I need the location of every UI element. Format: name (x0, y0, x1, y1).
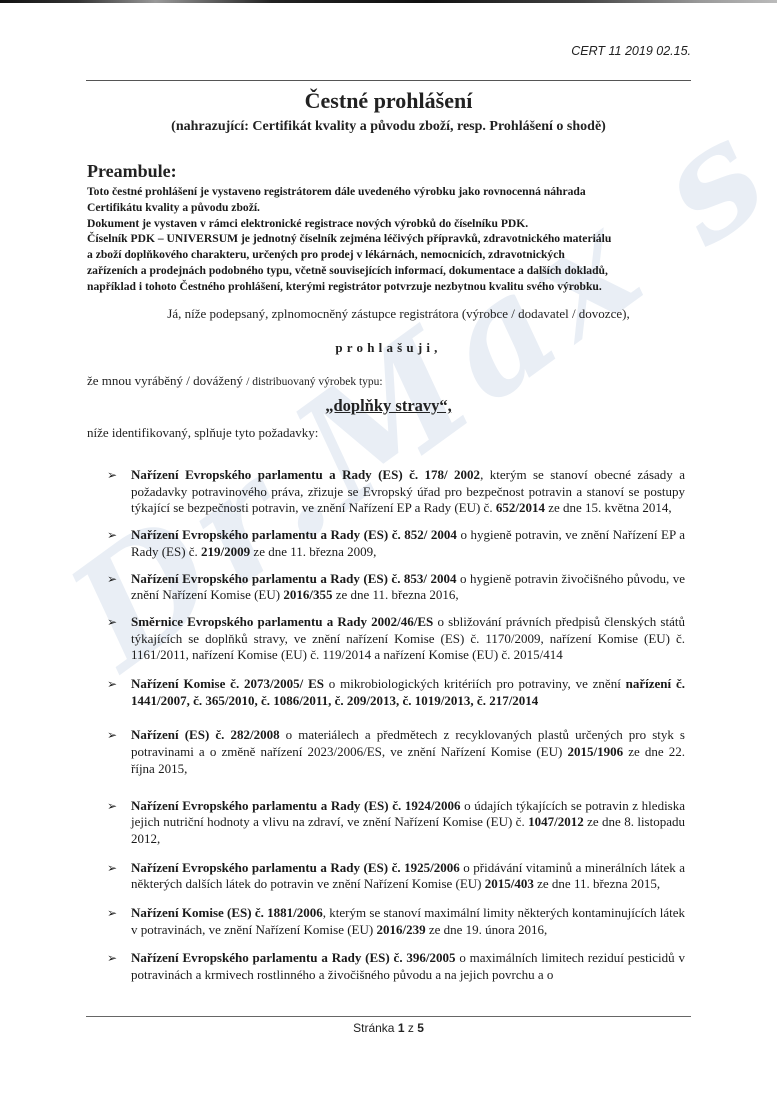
requirement-item: ➢Nařízení Evropského parlamentu a Rady (… (105, 798, 685, 848)
regulation-reference: Nařízení Evropského parlamentu a Rady (E… (131, 860, 460, 875)
requirement-item: ➢Nařízení Evropského parlamentu a Rady (… (105, 527, 685, 560)
document-title: Čestné prohlášení (0, 88, 777, 114)
regulation-reference: 1047/2012 (528, 814, 584, 829)
arrow-bullet-icon: ➢ (107, 527, 117, 544)
requirement-item: ➢Nařízení (ES) č. 282/2008 o materiálech… (105, 727, 685, 777)
regulation-description: o mikrobiologických kritériích pro potra… (324, 676, 626, 691)
preamble-line: zařízeních a prodejnách podobného typu, … (87, 263, 697, 279)
requirement-item: ➢Nařízení Evropského parlamentu a Rady (… (105, 950, 685, 983)
preamble-line: a zboží doplňkového charakteru, určených… (87, 247, 697, 263)
regulation-reference: 2015/403 (485, 876, 534, 891)
declarant-intro: Já, níže podepsaný, zplnomocněný zástupc… (0, 306, 777, 322)
product-line: že mnou vyráběný / dovážený / distribuov… (87, 373, 383, 389)
total-pages: 5 (417, 1021, 424, 1035)
regulation-description: ze dne 11. března 2016, (332, 587, 458, 602)
product-line-small: / distribuovaný výrobek typu: (246, 376, 382, 388)
regulation-reference: 652/2014 (496, 500, 545, 515)
certificate-code: CERT 11 2019 02.15. (571, 44, 691, 58)
preamble-line: Certifikátu kvality a původu zboží. (87, 200, 697, 216)
requirement-item: ➢Směrnice Evropského parlamentu a Rady 2… (105, 614, 685, 664)
header-divider (86, 80, 691, 81)
requirements-list: ➢Nařízení Evropského parlamentu a Rady (… (105, 457, 685, 984)
page-label: Stránka (353, 1021, 394, 1035)
requirement-item: ➢Nařízení Komise (ES) č. 1881/2006, kter… (105, 905, 685, 938)
regulation-reference: Nařízení Evropského parlamentu a Rady (E… (131, 950, 456, 965)
regulation-description: ze dne 11. března 2015, (534, 876, 660, 891)
regulation-reference: Nařízení Evropského parlamentu a Rady (E… (131, 571, 457, 586)
regulation-reference: 2015/1906 (567, 744, 623, 759)
requirement-item: ➢Nařízení Evropského parlamentu a Rady (… (105, 860, 685, 893)
arrow-bullet-icon: ➢ (107, 905, 117, 922)
regulation-description: ze dne 19. února 2016, (426, 922, 548, 937)
product-line-main: že mnou vyráběný / dovážený (87, 373, 246, 388)
of-label: z (408, 1021, 414, 1035)
preamble-line: Toto čestné prohlášení je vystaveno regi… (87, 184, 697, 200)
footer-divider (86, 1016, 691, 1017)
declare-heading: prohlašuji, (0, 340, 777, 356)
regulation-reference: Nařízení Evropského parlamentu a Rady (E… (131, 467, 480, 482)
arrow-bullet-icon: ➢ (107, 798, 117, 815)
preamble-line: například i tohoto Čestného prohlášení, … (87, 279, 697, 295)
page-footer: Stránka 1 z 5 (0, 1021, 777, 1035)
arrow-bullet-icon: ➢ (107, 676, 117, 693)
requirement-item: ➢Nařízení Komise č. 2073/2005/ ES o mikr… (105, 676, 685, 709)
preamble-body: Toto čestné prohlášení je vystaveno regi… (87, 184, 697, 295)
preamble-line: Číselník PDK – UNIVERSUM je jednotný čís… (87, 231, 697, 247)
regulation-reference: Nařízení Evropského parlamentu a Rady (E… (131, 527, 457, 542)
arrow-bullet-icon: ➢ (107, 467, 117, 484)
regulation-reference: 2016/355 (283, 587, 332, 602)
requirements-intro: níže identifikovaný, splňuje tyto požada… (87, 425, 318, 441)
regulation-reference: Nařízení Komise č. 2073/2005/ ES (131, 676, 324, 691)
regulation-reference: Nařízení Evropského parlamentu a Rady (E… (131, 798, 460, 813)
requirement-item: ➢Nařízení Evropského parlamentu a Rady (… (105, 467, 685, 517)
regulation-reference: Směrnice Evropského parlamentu a Rady 20… (131, 614, 433, 629)
arrow-bullet-icon: ➢ (107, 727, 117, 744)
arrow-bullet-icon: ➢ (107, 860, 117, 877)
preamble-line: Dokument je vystaven v rámci elektronick… (87, 216, 697, 232)
document-subtitle: (nahrazující: Certifikát kvality a původ… (0, 119, 777, 135)
regulation-reference: Nařízení (ES) č. 282/2008 (131, 727, 280, 742)
arrow-bullet-icon: ➢ (107, 950, 117, 967)
preamble-heading: Preambule: (87, 161, 177, 182)
regulation-description: ze dne 15. května 2014, (545, 500, 672, 515)
regulation-reference: Nařízení Komise (ES) č. 1881/2006 (131, 905, 323, 920)
regulation-reference: 219/2009 (201, 544, 250, 559)
regulation-description: ze dne 11. března 2009, (250, 544, 376, 559)
product-type: „doplňky stravy“, (0, 396, 777, 416)
regulation-reference: 2016/239 (376, 922, 425, 937)
document-page: CERT 11 2019 02.15. Čestné prohlášení (n… (0, 0, 777, 1100)
arrow-bullet-icon: ➢ (107, 571, 117, 588)
arrow-bullet-icon: ➢ (107, 614, 117, 631)
current-page: 1 (398, 1021, 405, 1035)
requirement-item: ➢Nařízení Evropského parlamentu a Rady (… (105, 571, 685, 604)
